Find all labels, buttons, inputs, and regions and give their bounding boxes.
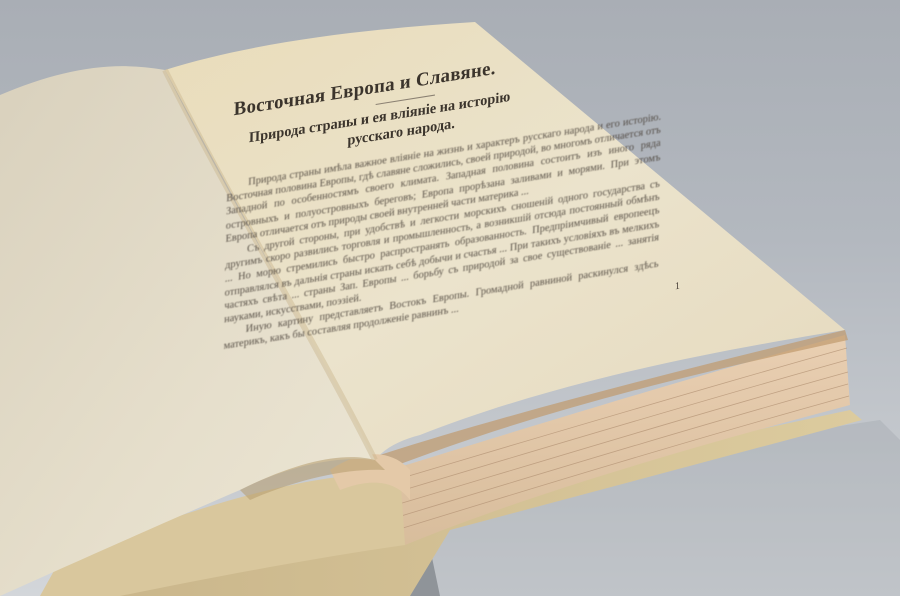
photo-scene: Восточная Европа и Славяне. Природа стра… [0, 0, 900, 596]
page-number: 1 [675, 281, 680, 293]
